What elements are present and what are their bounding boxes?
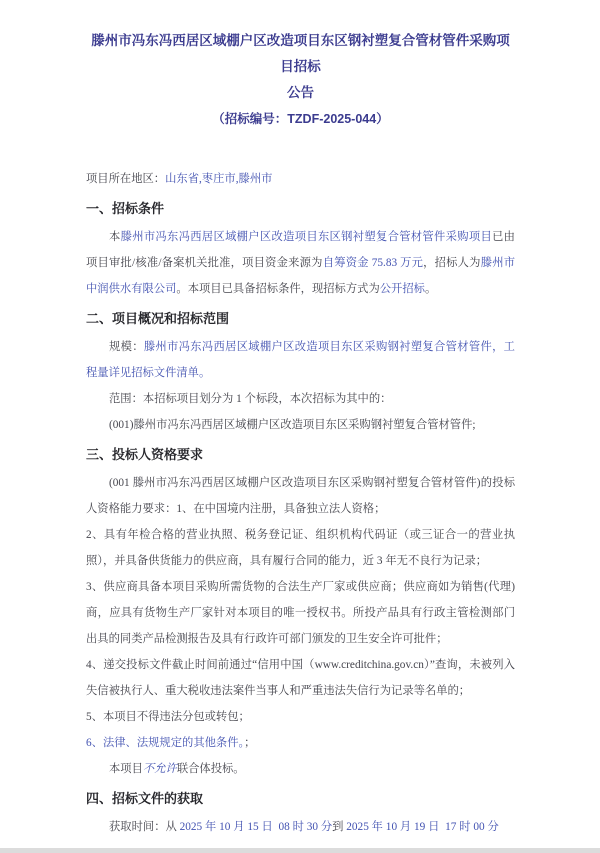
scope-paragraph: 范围：本招标项目划分为 1 个标段，本次招标为其中的：: [86, 386, 515, 412]
location-value: 山东省,枣庄市,滕州市: [165, 173, 272, 185]
document-page: 滕州市冯东冯西居区域棚户区改造项目东区钢衬塑复合管材管件采购项目招标 公告 （招…: [0, 0, 600, 853]
text-run: 本: [109, 231, 121, 243]
scale-label: 规模：: [109, 341, 144, 353]
project-location-line: 项目所在地区：山东省,枣庄市,滕州市: [86, 166, 515, 192]
bid-number: （招标编号：TZDF-2025-044）: [86, 106, 515, 132]
requirement-item-6: 6、法律、法规规定的其他条件。；: [86, 730, 515, 756]
joint-bid-paragraph: 本项目不允许联合体投标。: [86, 756, 515, 782]
scale-paragraph: 规模：滕州市冯东冯西居区域棚户区改造项目东区采购钢衬塑复合管材管件，工程量详见招…: [86, 334, 515, 386]
text-run: 6、法律、法规规定的其他条件。: [86, 737, 244, 749]
obtain-time-mid: 到: [332, 821, 346, 833]
requirement-item-1: (001 滕州市冯东冯西居区域棚户区改造项目东区采购钢衬塑复合管材管件)的投标人…: [86, 470, 515, 522]
obtain-time-label: 获取时间：从: [109, 821, 180, 833]
document-title-line1: 滕州市冯东冯西居区域棚户区改造项目东区钢衬塑复合管材管件采购项目招标: [86, 28, 515, 80]
funding-source-run: 自筹资金 75.83 万元: [323, 257, 423, 269]
section-3-heading: 三、投标人资格要求: [86, 442, 515, 468]
text-run: 本项目: [109, 763, 143, 775]
page-bottom-edge: [0, 848, 600, 853]
requirement-item-4: 4、递交投标文件截止时间前通过“信用中国（www.creditchina.gov…: [86, 652, 515, 704]
obtain-time-to: 2025 年 10 月 19 日 17 时 00 分: [346, 821, 499, 833]
requirement-item-5: 5、本项目不得违法分包或转包；: [86, 704, 515, 730]
text-run: 联合体投标。: [177, 763, 245, 775]
requirement-item-2: 2、具有年检合格的营业执照、税务登记证、组织机构代码证（或三证合一的营业执照），…: [86, 522, 515, 574]
text-run: ，招标人为: [423, 257, 481, 269]
document-title-line2: 公告: [86, 80, 515, 106]
obtain-time-paragraph: 获取时间：从 2025 年 10 月 15 日 08 时 30 分到 2025 …: [86, 814, 515, 840]
section-1-heading: 一、招标条件: [86, 196, 515, 222]
text-run: ；: [244, 737, 255, 749]
project-name-run: 滕州市冯东冯西居区域棚户区改造项目东区钢衬塑复合管材管件采购项目: [121, 231, 492, 243]
tender-conditions-paragraph: 本滕州市冯东冯西居区域棚户区改造项目东区钢衬塑复合管材管件采购项目已由项目审批/…: [86, 224, 515, 302]
document-content: 滕州市冯东冯西居区域棚户区改造项目东区钢衬塑复合管材管件采购项目招标 公告 （招…: [0, 0, 600, 840]
location-label: 项目所在地区：: [86, 173, 165, 185]
lot-001-line: (001)滕州市冯东冯西居区域棚户区改造项目东区采购钢衬塑复合管材管件;: [86, 412, 515, 438]
text-run: 。本项目已具备招标条件，现招标方式为: [176, 283, 379, 295]
not-allowed-emphasis: 不允许: [143, 763, 177, 775]
text-run: 。: [425, 283, 436, 295]
section-2-heading: 二、项目概况和招标范围: [86, 306, 515, 332]
section-4-heading: 四、招标文件的获取: [86, 786, 515, 812]
scale-value: 滕州市冯东冯西居区域棚户区改造项目东区采购钢衬塑复合管材管件，工程量详见招标文件…: [86, 341, 515, 379]
obtain-time-from: 2025 年 10 月 15 日 08 时 30 分: [180, 821, 333, 833]
tender-method-run: 公开招标: [380, 283, 425, 295]
requirement-item-3: 3、供应商具备本项目采购所需货物的合法生产厂家或供应商；供应商如为销售(代理)商…: [86, 574, 515, 652]
